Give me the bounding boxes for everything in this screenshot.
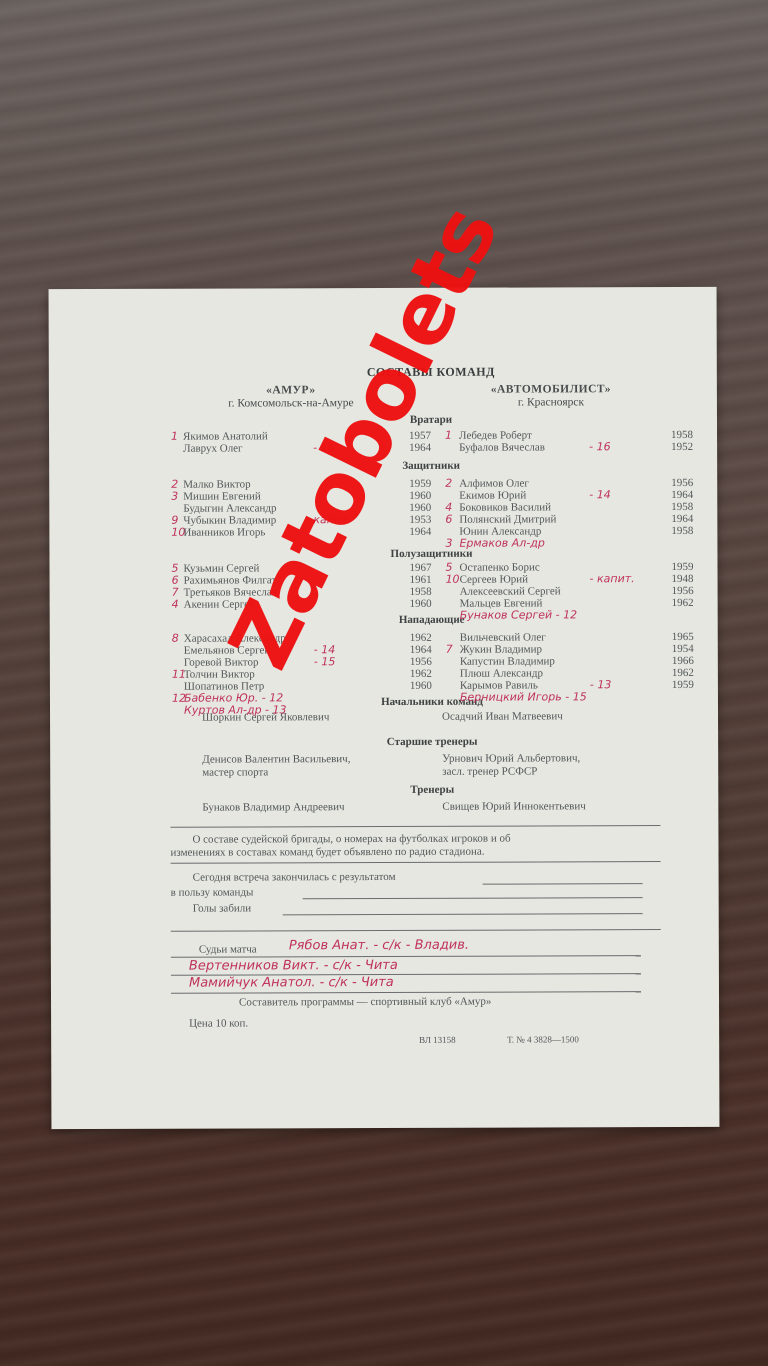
notice-line2: изменениях в составах команд будет объяв… [170,846,484,859]
player-name: Плюш Александр [460,667,543,679]
player-name: Жукин Владимир [460,643,542,655]
player-year: 1958 [671,525,693,537]
senior-right-line1: Урнович Юрий Альбертович, [442,752,580,764]
chief-right: Осадчий Иван Матвеевич [442,710,563,722]
player-year: 1965 [672,631,694,643]
player-year: 1964 [671,489,693,501]
player-year: 1966 [672,655,694,667]
player-number: 8 [172,633,179,645]
player-year: 1960 [410,598,432,610]
referee-3: Мамийчук Анатол. - с/к - Чита [189,977,394,990]
player-note: - 15 [314,656,336,668]
player-year: 1962 [410,632,432,644]
referee-1: Рябов Анат. - с/к - Владив. [289,940,469,953]
favor-label: в пользу команды [171,886,254,898]
player-name: Алфимов Олег [459,477,529,489]
player-note: - 16 [589,441,611,453]
player-name: Чубыкин Владимир [183,514,276,526]
player-name: Капустин Владимир [460,655,555,667]
referees-label: Судьи матча [199,943,257,955]
coach-left: Бунаков Владимир Андреевич [202,801,344,813]
player-year: 1956 [410,656,432,668]
player-name: Лаврух Олег [183,442,243,454]
referee-line [171,955,641,958]
compiler: Составитель программы — спортивный клуб … [239,996,491,1009]
referee-2: Вертенников Викт. - с/к - Чита [189,960,398,973]
player-year: 1953 [409,514,431,526]
player-name: Остапенко Борис [459,561,539,573]
player-year: 1964 [671,513,693,525]
print-info: Т. № 4 3828—1500 [507,1033,579,1045]
player-year: 1958 [671,429,693,441]
player-name: Малко Виктор [183,478,250,490]
result-label: Сегодня встреча закончилась с результато… [193,871,396,884]
player-name: Будыгин Александр [183,502,276,514]
player-year: 1959 [409,478,431,490]
player-year: 1964 [410,644,432,656]
team-right-name: «АВТОМОБИЛИСТ» [461,383,641,397]
player-year: 1956 [671,477,693,489]
senior-left-line1: Денисов Валентин Васильевич, [202,753,350,766]
player-name: Лебедев Роберт [459,429,532,441]
player-name: Сергеев Юрий [460,573,529,585]
section-goalkeepers: Вратари [171,413,691,427]
player-number: 4 [172,599,179,611]
senior-right-line2: засл. тренер РСФСР [442,765,537,777]
print-code: ВЛ 13158 [419,1034,456,1046]
section-senior-coaches: Старшие тренеры [172,735,692,749]
player-number: 10 [446,574,460,586]
player-year: 1958 [410,586,432,598]
goals-field [283,913,643,915]
player-year: 1960 [410,680,432,692]
player-name: Мишин Евгений [183,490,261,502]
favor-field [303,897,643,899]
player-number: 3 [445,538,452,550]
player-number: 6 [445,514,452,526]
player-name: Куртов Ал-др - 13 [184,704,287,716]
player-name: Якимов Анатолий [183,430,268,442]
player-number: 1 [445,430,452,442]
player-year: 1952 [671,441,693,453]
player-number: 3 [171,491,178,503]
coach-right: Свищев Юрий Иннокентьевич [442,800,585,813]
player-name: Берницкий Игорь - 15 [460,691,587,703]
section-coaches: Тренеры [172,783,692,797]
player-name: Бунаков Сергей - 12 [460,609,577,621]
player-year: 1959 [671,561,693,573]
divider [171,861,661,864]
result-field [483,883,643,885]
divider [170,825,660,828]
player-name: Иванников Игорь [183,526,265,538]
player-number: 1 [171,431,178,443]
player-year: 1964 [409,526,431,538]
player-year: 1958 [671,501,693,513]
player-name: Екимов Юрий [459,490,526,502]
player-note: - капит. [590,573,635,585]
player-year: 1960 [409,490,431,502]
player-name: Алексеевский Сергей [460,585,561,597]
player-note: - 14 [589,489,611,501]
player-name: Буфалов Вячеслав [459,441,545,453]
team-right: «АВТОМОБИЛИСТ» г. Красноярск [461,383,641,410]
player-name: Ермаков Ал-др [459,537,544,549]
player-year: 1962 [672,597,694,609]
senior-left-line2: мастер спорта [202,766,268,778]
price: Цена 10 коп. [189,1017,248,1029]
player-year: 1962 [410,668,432,680]
player-name: Боковиков Василий [459,501,551,513]
player-year: 1956 [672,585,694,597]
player-year: 1960 [409,502,431,514]
player-name: Толчин Виктор [184,668,255,680]
player-number: 2 [445,478,452,490]
player-note: - 13 [590,679,612,691]
section-defenders: Защитники [171,459,691,473]
player-year: 1948 [672,573,694,585]
goals-label: Голы забили [193,902,252,914]
player-name: Полянский Дмитрий [459,513,556,525]
referee-line [171,991,641,994]
goals-field-line2 [171,929,661,932]
team-right-city: г. Красноярск [461,396,641,410]
player-name: Вильчевский Олег [460,631,546,643]
player-year: 1959 [672,679,694,691]
notice-line1: О составе судейской бригады, о номерах н… [192,833,510,846]
player-year: 1954 [672,643,694,655]
player-year: 1967 [409,562,431,574]
player-year: 1961 [410,574,432,586]
player-number: 7 [446,644,453,656]
player-year: 1962 [672,667,694,679]
